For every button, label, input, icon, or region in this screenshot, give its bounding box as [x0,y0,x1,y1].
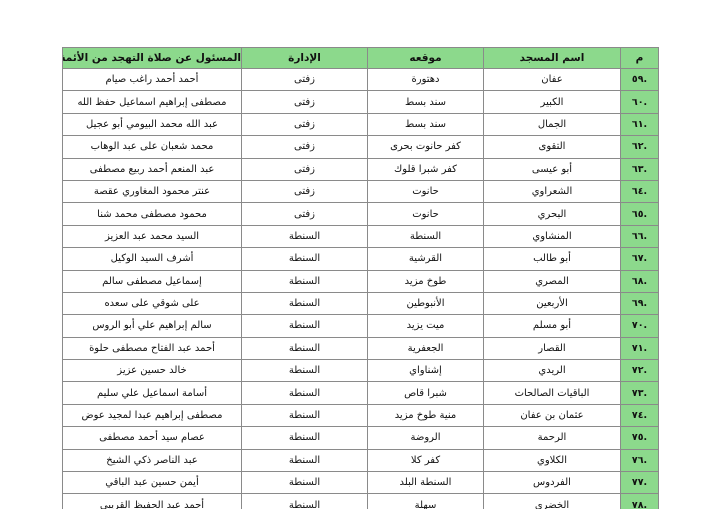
table-row: .٦٣أبو عيسىكفر شبرا قلوكزفتىعبد المنعم أ… [63,158,659,180]
mosque-location: الأنبوطين [368,292,484,314]
responsible-imam: عبد الله محمد البيومي أبو عجيل [63,113,242,135]
administration: السنطة [242,472,368,494]
administration: السنطة [242,427,368,449]
table-row: .٧٤عثمان بن عفانمنية طوخ مزيدالسنطةمصطفى… [63,404,659,426]
header-num: م [621,48,659,69]
administration: السنطة [242,248,368,270]
header-responsible: المسئول عن صلاة التهجد من الأئمة والخطبا… [63,48,242,69]
row-number: .٥٩ [621,69,659,91]
row-number: .٧٥ [621,427,659,449]
mosque-location: ميت يزيد [368,315,484,337]
mosque-name: المصري [484,270,621,292]
mosque-location: حانوت [368,203,484,225]
mosque-location: طوخ مزيد [368,270,484,292]
responsible-imam: أشرف السيد الوكيل [63,248,242,270]
mosque-name: أبو عيسى [484,158,621,180]
row-number: .٦١ [621,113,659,135]
responsible-imam: مصطفى إبراهيم عبدا لمجيد عوض [63,404,242,426]
table-row: .٦٠الكبيرسند بسطزفتىمصطفى إبراهيم اسماعي… [63,91,659,113]
table-row: .٦٦المنشاويالسنطةالسنطةالسيد محمد عبد ال… [63,225,659,247]
row-number: .٧١ [621,337,659,359]
row-number: .٦٤ [621,180,659,202]
table-row: .٧٣الباقيات الصالحاتشبرا قاصالسنطةأسامة … [63,382,659,404]
responsible-imam: أحمد أحمد راغب صيام [63,69,242,91]
header-mosque: اسم المسجد [484,48,621,69]
mosque-location: كفر كلا [368,449,484,471]
row-number: .٦٨ [621,270,659,292]
table-row: .٦١الجمالسند بسطزفتىعبد الله محمد البيوم… [63,113,659,135]
mosque-location: كفر شبرا قلوك [368,158,484,180]
administration: زفتى [242,203,368,225]
mosque-location: إشناواي [368,360,484,382]
administration: السنطة [242,337,368,359]
table-row: .٦٤الشعراويحانوتزفتىعنتر محمود المغاوري … [63,180,659,202]
mosque-assignment-table: م اسم المسجد موقعه الإدارة المسئول عن صل… [62,47,659,509]
responsible-imam: محمود مصطفى محمد شنا [63,203,242,225]
header-location: موقعه [368,48,484,69]
administration: السنطة [242,360,368,382]
mosque-location: منية طوخ مزيد [368,404,484,426]
mosque-location: دهتورة [368,69,484,91]
mosque-location: السنطة البلد [368,472,484,494]
responsible-imam: خالد حسين عزيز [63,360,242,382]
row-number: .٧٨ [621,494,659,509]
header-admin: الإدارة [242,48,368,69]
mosque-location: القرشية [368,248,484,270]
mosque-name: عثمان بن عفان [484,404,621,426]
mosque-location: سهلة [368,494,484,509]
mosque-location: سند بسط [368,91,484,113]
row-number: .٧٤ [621,404,659,426]
table-row: .٧٨الخضريسهلةالسنطةأحمد عبد الحفيظ القري… [63,494,659,509]
row-number: .٦٥ [621,203,659,225]
mosque-location: حانوت [368,180,484,202]
row-number: .٧٠ [621,315,659,337]
administration: زفتى [242,91,368,113]
responsible-imam: عبد المنعم أحمد ربيع مصطفى [63,158,242,180]
table-body: .٥٩عفاندهتورةزفتىأحمد أحمد راغب صيام.٦٠ا… [63,69,659,509]
mosque-location: السنطة [368,225,484,247]
responsible-imam: محمد شعبان على عبد الوهاب [63,136,242,158]
mosque-location: شبرا قاص [368,382,484,404]
mosque-name: الفردوس [484,472,621,494]
mosque-name: الكلاوي [484,449,621,471]
table-row: .٥٩عفاندهتورةزفتىأحمد أحمد راغب صيام [63,69,659,91]
mosque-name: الأربعين [484,292,621,314]
mosque-name: الرحمة [484,427,621,449]
responsible-imam: عنتر محمود المغاوري عقصة [63,180,242,202]
table-row: .٧٦الكلاويكفر كلاالسنطةعبد الناصر ذكي ال… [63,449,659,471]
row-number: .٦٦ [621,225,659,247]
table-row: .٧٥الرحمةالروضةالسنطةعصام سيد أحمد مصطفى [63,427,659,449]
responsible-imam: سالم إبراهيم علي أبو الروس [63,315,242,337]
row-number: .٦٧ [621,248,659,270]
mosque-name: عفان [484,69,621,91]
row-number: .٦٠ [621,91,659,113]
row-number: .٧٣ [621,382,659,404]
administration: زفتى [242,136,368,158]
administration: السنطة [242,225,368,247]
mosque-name: التقوى [484,136,621,158]
responsible-imam: أسامة اسماعيل علي سليم [63,382,242,404]
mosque-location: الروضة [368,427,484,449]
mosque-name: الجمال [484,113,621,135]
mosque-name: أبو طالب [484,248,621,270]
administration: زفتى [242,180,368,202]
row-number: .٧٢ [621,360,659,382]
table-header-row: م اسم المسجد موقعه الإدارة المسئول عن صل… [63,48,659,69]
table-row: .٦٧أبو طالبالقرشيةالسنطةأشرف السيد الوكي… [63,248,659,270]
row-number: .٦٢ [621,136,659,158]
responsible-imam: أحمد عبد الفتاح مصطفى حلوة [63,337,242,359]
responsible-imam: أيمن حسين عبد الباقي [63,472,242,494]
row-number: .٦٩ [621,292,659,314]
administration: زفتى [242,69,368,91]
administration: السنطة [242,270,368,292]
table-row: .٧١القصارالجعفريةالسنطةأحمد عبد الفتاح م… [63,337,659,359]
administration: السنطة [242,449,368,471]
mosque-name: الخضري [484,494,621,509]
administration: السنطة [242,494,368,509]
mosque-name: أبو مسلم [484,315,621,337]
administration: زفتى [242,158,368,180]
responsible-imam: عصام سيد أحمد مصطفى [63,427,242,449]
responsible-imam: أحمد عبد الحفيظ القريبي [63,494,242,509]
mosque-name: الباقيات الصالحات [484,382,621,404]
table-row: .٧٢الريديإشناوايالسنطةخالد حسين عزيز [63,360,659,382]
table-row: .٧٧الفردوسالسنطة البلدالسنطةأيمن حسين عب… [63,472,659,494]
row-number: .٦٣ [621,158,659,180]
table-row: .٦٨المصريطوخ مزيدالسنطةإسماعيل مصطفى سال… [63,270,659,292]
administration: السنطة [242,292,368,314]
mosque-location: كفر حانوت بحرى [368,136,484,158]
administration: زفتى [242,113,368,135]
responsible-imam: مصطفى إبراهيم اسماعيل حفظ الله [63,91,242,113]
responsible-imam: على شوقي على سعده [63,292,242,314]
row-number: .٧٦ [621,449,659,471]
mosque-location: سند بسط [368,113,484,135]
responsible-imam: إسماعيل مصطفى سالم [63,270,242,292]
table-row: .٦٢التقوىكفر حانوت بحرىزفتىمحمد شعبان عل… [63,136,659,158]
table-row: .٦٩الأربعينالأنبوطينالسنطةعلى شوقي على س… [63,292,659,314]
mosque-name: البحري [484,203,621,225]
administration: السنطة [242,404,368,426]
responsible-imam: السيد محمد عبد العزيز [63,225,242,247]
table-row: .٦٥البحريحانوتزفتىمحمود مصطفى محمد شنا [63,203,659,225]
mosque-name: الريدي [484,360,621,382]
mosque-name: المنشاوي [484,225,621,247]
row-number: .٧٧ [621,472,659,494]
responsible-imam: عبد الناصر ذكي الشيخ [63,449,242,471]
mosque-name: القصار [484,337,621,359]
administration: السنطة [242,315,368,337]
administration: السنطة [242,382,368,404]
mosque-location: الجعفرية [368,337,484,359]
table-row: .٧٠أبو مسلمميت يزيدالسنطةسالم إبراهيم عل… [63,315,659,337]
mosque-name: الشعراوي [484,180,621,202]
mosque-name: الكبير [484,91,621,113]
